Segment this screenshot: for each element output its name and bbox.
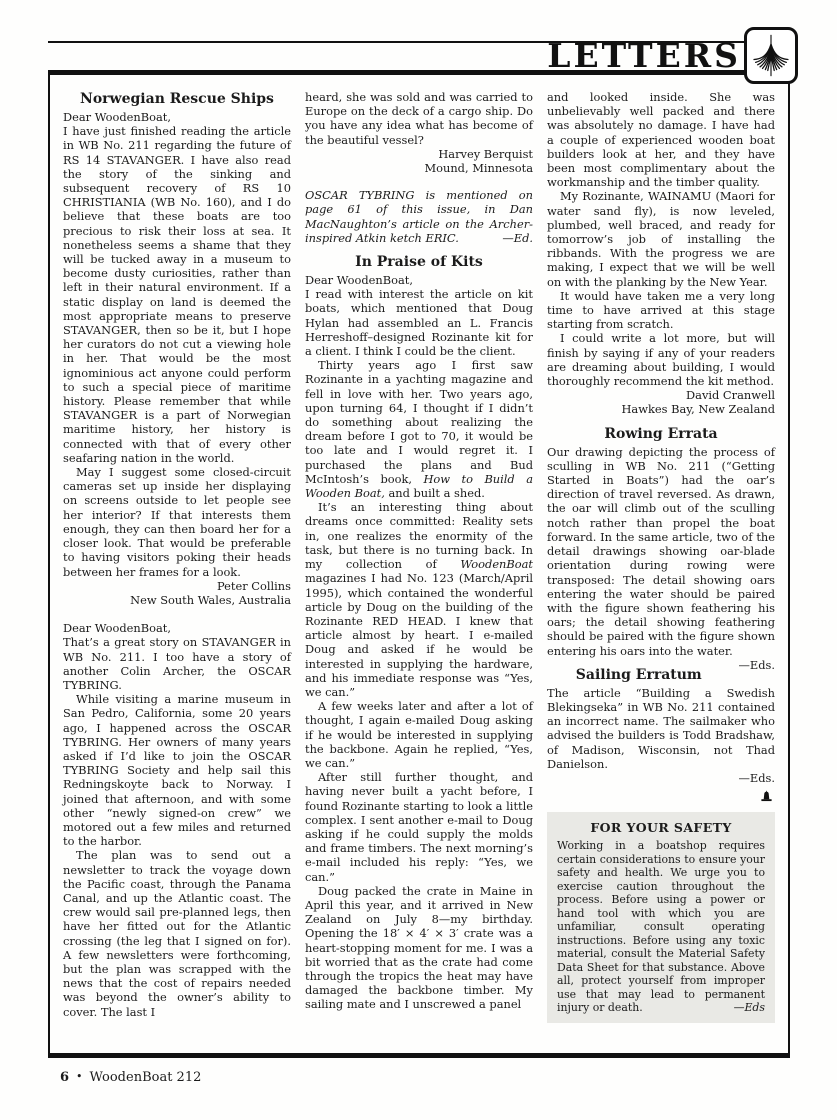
- paragraph: The plan was to send out a newsletter to…: [63, 848, 291, 1018]
- page-title: LETTERS: [547, 39, 741, 73]
- paragraph: It would have taken me a very long time …: [547, 289, 775, 332]
- magazine-title: WoodenBoat: [460, 557, 533, 571]
- footer-bullet: •: [76, 1070, 83, 1083]
- paragraph: A few weeks later and after a lot of tho…: [305, 699, 533, 770]
- safety-body: Working in a boatshop requires certain c…: [557, 839, 765, 1015]
- editors-attribution: —Eds.: [547, 771, 775, 785]
- safety-heading: FOR YOUR SAFETY: [557, 820, 765, 835]
- paragraph: While visiting a marine museum in San Pe…: [63, 692, 291, 848]
- signature-name: Peter Collins: [63, 579, 291, 593]
- column-1: Norwegian Rescue Ships Dear WoodenBoat, …: [63, 90, 291, 1041]
- erratum-paragraph: The article “Building a Swedish Blekings…: [547, 686, 775, 771]
- salutation: Dear WoodenBoat,: [63, 110, 291, 124]
- signature-name: Harvey Berquist: [305, 147, 533, 161]
- signature-name: David Cranwell: [547, 388, 775, 402]
- editors-attribution: —Eds: [734, 1001, 765, 1015]
- errata-paragraph: Our drawing depicting the process of scu…: [547, 445, 775, 658]
- signature-place: New South Wales, Australia: [63, 593, 291, 607]
- paragraph: My Rozinante, WAINAMU (Maori for water s…: [547, 189, 775, 288]
- text-run: magazines I had No. 123 (March/April 199…: [305, 571, 533, 699]
- salutation: Dear WoodenBoat,: [305, 273, 533, 287]
- end-mark-icon: [547, 787, 773, 802]
- editors-attribution: —Eds.: [739, 658, 775, 672]
- woodenboat-logo-icon: [744, 27, 798, 84]
- paragraph: That’s a great story on STAVANGER in WB …: [63, 635, 291, 692]
- paragraph: Thirty years ago I first saw Rozinante i…: [305, 358, 533, 500]
- paragraph: It’s an interesting thing about dreams o…: [305, 500, 533, 699]
- paragraph-continued: and looked inside. She was unbelievably …: [547, 90, 775, 189]
- paragraph: I could write a lot more, but will finis…: [547, 331, 775, 388]
- salutation: Dear WoodenBoat,: [63, 621, 291, 635]
- safety-notice-box: FOR YOUR SAFETY Working in a boatshop re…: [547, 812, 775, 1023]
- signature-place: Hawkes Bay, New Zealand: [547, 402, 775, 416]
- three-column-layout: Norwegian Rescue Ships Dear WoodenBoat, …: [63, 90, 775, 1041]
- paragraph-continued: heard, she was sold and was carried to E…: [305, 90, 533, 147]
- lofting-fan-graphic: [750, 33, 792, 78]
- column-3: and looked inside. She was unbelievably …: [547, 90, 775, 1041]
- paragraph: After still further thought, and having …: [305, 770, 533, 884]
- end-mark-glyph: [760, 789, 773, 802]
- text-run: and built a shed.: [385, 486, 485, 500]
- letter-heading: In Praise of Kits: [305, 254, 533, 270]
- page-footer: 6•WoodenBoat 212: [60, 1070, 201, 1085]
- paragraph: I read with interest the article on kit …: [305, 287, 533, 358]
- signature-place: Mound, Minnesota: [305, 161, 533, 175]
- column-2: heard, she was sold and was carried to E…: [305, 90, 533, 1041]
- paragraph: Doug packed the crate in Maine in April …: [305, 884, 533, 1012]
- text-run: Thirty years ago I first saw Rozinante i…: [305, 358, 533, 486]
- text-run: Working in a boatshop requires certain c…: [557, 839, 765, 1014]
- letter-heading: Norwegian Rescue Ships: [63, 91, 291, 107]
- editor-note-text: OSCAR TYBRING is mentioned on page 61 of…: [305, 188, 533, 245]
- paragraph: I have just finished reading the article…: [63, 124, 291, 465]
- text-run: Our drawing depicting the process of scu…: [547, 445, 775, 658]
- content-frame: Norwegian Rescue Ships Dear WoodenBoat, …: [48, 70, 790, 1058]
- editor-note: OSCAR TYBRING is mentioned on page 61 of…: [305, 188, 533, 245]
- magazine-letters-page: LETTERS: [0, 0, 837, 1120]
- page-number: 6: [60, 1070, 69, 1085]
- paragraph: May I suggest some closed-circuit camera…: [63, 465, 291, 579]
- issue-label: WoodenBoat 212: [90, 1070, 202, 1085]
- letter-heading: Rowing Errata: [547, 426, 775, 442]
- editor-attribution: —Ed.: [502, 231, 533, 245]
